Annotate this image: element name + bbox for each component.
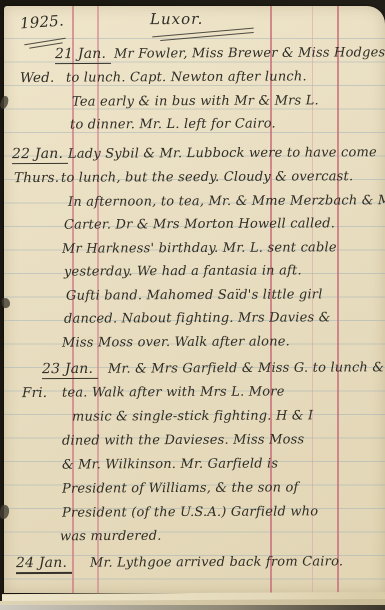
diary-line: to lunch, but the seedy. Cloudy & overca…: [61, 170, 353, 186]
diary-line: music & single-stick fighting. H & I: [72, 409, 313, 425]
page-edge: [0, 605, 385, 610]
diary-line: Lady Sybil & Mr. Lubbock were to have co…: [68, 146, 377, 162]
diary-line: Carter. Dr & Mrs Morton Howell called.: [64, 217, 335, 233]
diary-line: Mr Fowler, Miss Brewer & Miss Hodges: [114, 46, 385, 62]
diary-line: danced. Nabout fighting. Mrs Davies &: [64, 311, 331, 327]
entry-day: Wed.: [20, 71, 55, 86]
photo-background: 1925. Luxor. 21 Jan. Mr Fowler, Miss Bre…: [0, 0, 385, 610]
diary-line: dined with the Davieses. Miss Moss: [62, 433, 304, 449]
diary-line: Mr. & Mrs Garfield & Miss G. to lunch &: [108, 361, 384, 377]
diary-line: In afternoon, to tea, Mr. & Mme Merzbach…: [68, 194, 385, 210]
entry-date: 23 Jan.: [42, 362, 98, 380]
year-label: 1925.: [19, 12, 64, 32]
diary-line: was murdered.: [60, 530, 162, 545]
diary-line: Mr Harkness' birthday. Mr. L. sent cable: [62, 241, 337, 257]
diary-line: Mr. Lythgoe arrived back from Cairo.: [90, 555, 343, 571]
diary-line: & Mr. Wilkinson. Mr. Garfield is: [62, 457, 278, 472]
diary-line: President (of the U.S.A.) Garfield who: [62, 505, 318, 521]
entry-day: Thurs.: [14, 171, 59, 186]
entry-day: Fri.: [22, 386, 47, 401]
margin-line-right-3: [337, 6, 339, 593]
page-title: Luxor.: [150, 11, 203, 28]
diary-line: to dinner. Mr. L. left for Cairo.: [70, 117, 276, 132]
diary-line: tea. Walk after with Mrs L. More: [62, 385, 285, 400]
diary-line: Gufti band. Mahomed Saïd's little girl: [66, 288, 323, 304]
diary-line: yesterday. We had a fantasia in aft.: [64, 264, 302, 280]
diary-line: Tea early & in bus with Mr & Mrs L.: [72, 94, 319, 110]
diary-line: to lunch. Capt. Newton after lunch.: [66, 70, 307, 86]
diary-line: President of Williams, & the son of: [62, 481, 299, 497]
entry-date: 24 Jan.: [16, 556, 72, 575]
entry-date: 21 Jan.: [55, 47, 111, 65]
entry-date: 22 Jan.: [12, 147, 68, 165]
diary-line: Miss Moss over. Walk after alone.: [62, 335, 290, 350]
